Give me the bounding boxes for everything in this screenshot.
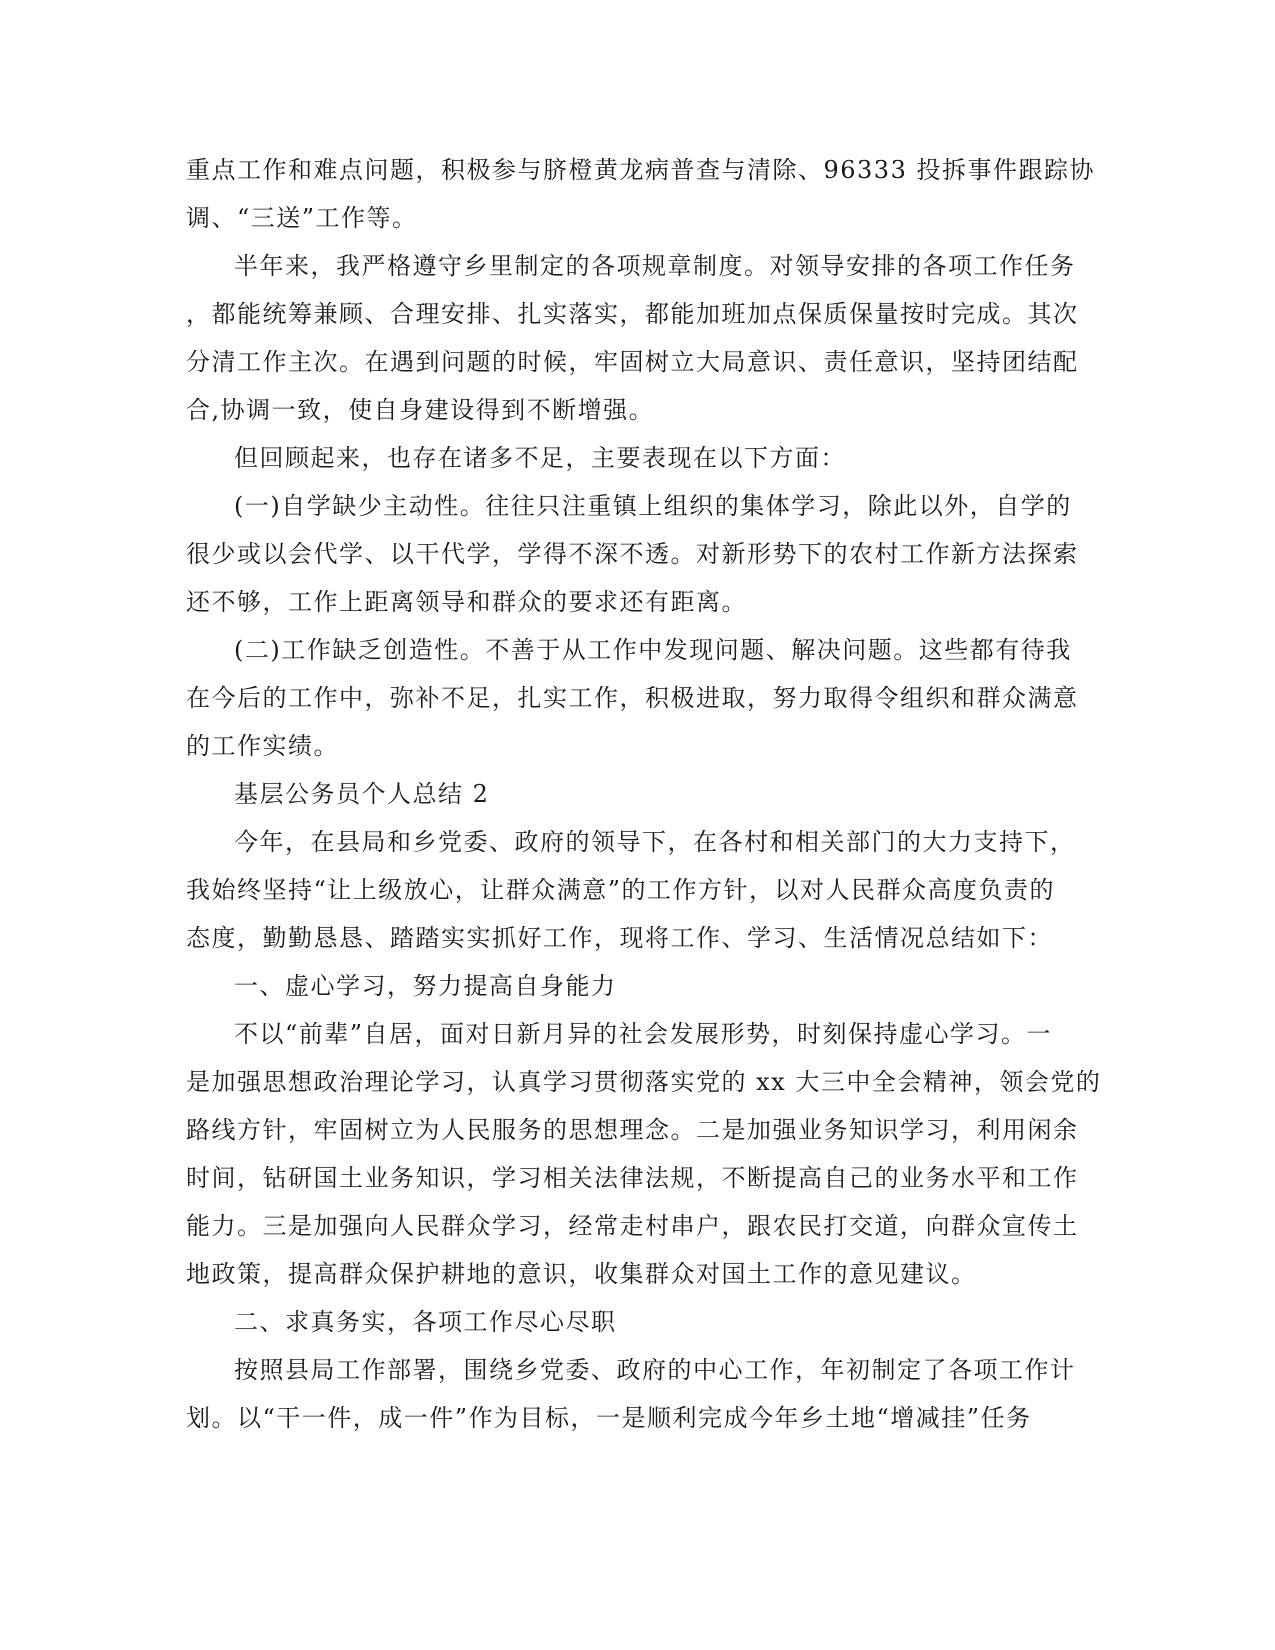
paragraph-line: 分清工作主次。在遇到问题的时候，牢固树立大局意识、责任意识，坚持团结配 (186, 347, 1079, 377)
paragraph-line: 但回顾起来，也存在诸多不足，主要表现在以下方面： (234, 443, 846, 473)
subsection-heading: 二、求真务实，各项工作尽心尽职 (234, 1307, 617, 1337)
paragraph-line: 地政策，提高群众保护耕地的意识，收集群众对国土工作的意见建议。 (186, 1259, 977, 1289)
paragraph-line: 态度，勤勤恳恳、踏踏实实抓好工作，现将工作、学习、生活情况总结如下： (186, 923, 1053, 953)
paragraph-line: (二)工作缺乏创造性。不善于从工作中发现问题、解决问题。这些都有待我 (234, 635, 1072, 665)
paragraph-line: 我始终坚持“让上级放心，让群众满意”的工作方针，以对人民群众高度负责的 (186, 875, 1055, 905)
paragraph-line: 是加强思想政治理论学习，认真学习贯彻落实党的 xx 大三中全会精神，领会党的 (186, 1067, 1101, 1097)
subsection-heading: 一、虚心学习，努力提高自身能力 (234, 971, 617, 1001)
paragraph-line: 今年，在县局和乡党委、政府的领导下，在各村和相关部门的大力支持下， (234, 827, 1076, 857)
paragraph-line: 很少或以会代学、以干代学，学得不深不透。对新形势下的农村工作新方法探索 (186, 539, 1079, 569)
paragraph-line: 按照县局工作部署，围绕乡党委、政府的中心工作，年初制定了各项工作计 (234, 1355, 1076, 1385)
section-title: 基层公务员个人总结 2 (234, 779, 489, 809)
paragraph-line: 路线方针，牢固树立为人民服务的思想理念。二是加强业务知识学习，利用闲余 (186, 1115, 1079, 1145)
paragraph-line: 不以“前辈”自居，面对日新月异的社会发展形势，时刻保持虚心学习。一 (234, 1019, 1052, 1049)
paragraph-line: ，都能统筹兼顾、合理安排、扎实落实，都能加班加点保质保量按时完成。其次 (186, 299, 1079, 329)
paragraph-line: 合,协调一致，使自身建设得到不断增强。 (186, 395, 654, 425)
document-page: 重点工作和难点问题，积极参与脐橙黄龙病普查与清除、96333 投拆事件跟踪协 调… (0, 0, 1275, 1650)
paragraph-line: 时间，钻研国土业务知识，学习相关法律法规，不断提高自己的业务水平和工作 (186, 1163, 1079, 1193)
paragraph-line: (一)自学缺少主动性。往往只注重镇上组织的集体学习，除此以外，自学的 (234, 491, 1072, 521)
paragraph-line: 的工作实绩。 (186, 731, 339, 761)
paragraph-line: 还不够，工作上距离领导和群众的要求还有距离。 (186, 587, 747, 617)
paragraph-line: 在今后的工作中，弥补不足，扎实工作，积极进取，努力取得令组织和群众满意 (186, 683, 1079, 713)
paragraph-line: 划。以“干一件，成一件”作为目标，一是顺利完成今年乡土地“增减挂”任务 (186, 1403, 1032, 1433)
paragraph-line: 半年来，我严格遵守乡里制定的各项规章制度。对领导安排的各项工作任务 (234, 251, 1076, 281)
paragraph-line: 重点工作和难点问题，积极参与脐橙黄龙病普查与清除、96333 投拆事件跟踪协 (186, 155, 1095, 185)
paragraph-line: 调、“三送”工作等。 (186, 203, 418, 233)
paragraph-line: 能力。三是加强向人民群众学习，经常走村串户，跟农民打交道，向群众宣传土 (186, 1211, 1079, 1241)
